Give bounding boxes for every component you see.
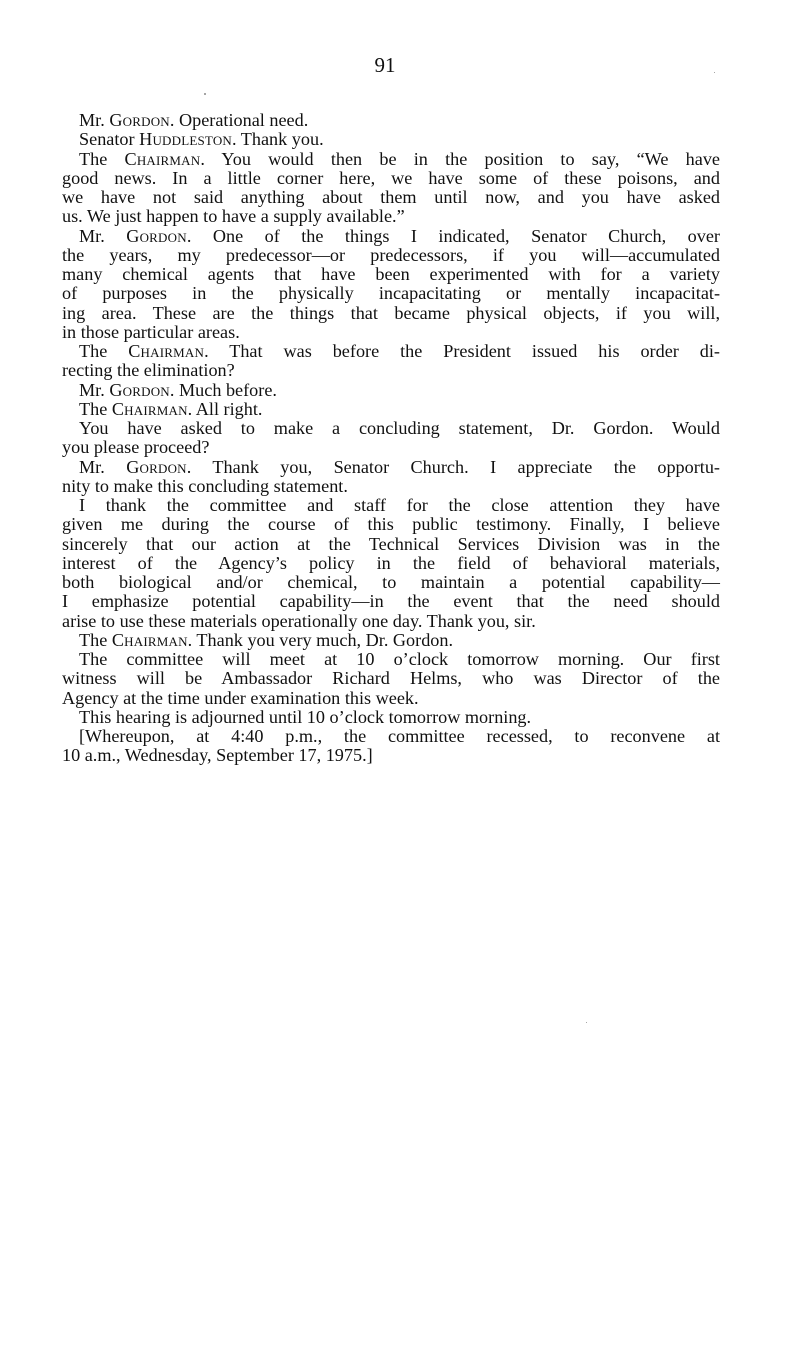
speaker-prefix: Mr. xyxy=(79,226,126,246)
speaker-prefix: Mr. xyxy=(79,110,109,130)
text-line: Mr. Gordon. Operational need. xyxy=(62,111,720,130)
speaker-name: Chairman xyxy=(112,399,188,419)
line-text: . Thank you, Senator Church. I appreciat… xyxy=(187,457,720,477)
paragraph-huddleston-thanks: Senator Huddleston. Thank you. xyxy=(62,130,720,149)
speaker-prefix: Senator xyxy=(79,129,139,149)
paragraph-chairman-thank-you: The Chairman. Thank you very much, Dr. G… xyxy=(62,631,720,650)
text-line: many chemical agents that have been expe… xyxy=(62,265,720,284)
paragraph-chairman-next-meeting: The committee will meet at 10 o’clock to… xyxy=(62,650,720,708)
paragraph-gordon-appreciate: Mr. Gordon. Thank you, Senator Church. I… xyxy=(62,458,720,497)
text-line: nity to make this concluding statement. xyxy=(62,477,720,496)
text-line: I emphasize potential capability—in the … xyxy=(62,592,720,611)
text-line: sincerely that our action at the Technic… xyxy=(62,535,720,554)
speaker-name: Huddleston xyxy=(139,129,232,149)
paragraph-chairman-president-order: The Chairman. That was before the Presid… xyxy=(62,342,720,381)
text-line: The Chairman. All right. xyxy=(62,400,720,419)
line-text: . That was before the President issued h… xyxy=(204,341,720,361)
text-line: ing area. These are the things that beca… xyxy=(62,304,720,323)
text-line: This hearing is adjourned until 10 o’clo… xyxy=(62,708,720,727)
paragraph-chairman-concluding-request: You have asked to make a concluding stat… xyxy=(62,419,720,458)
speaker-name: Chairman xyxy=(125,149,201,169)
text-line: recting the elimination? xyxy=(62,361,720,380)
text-line: You have asked to make a concluding stat… xyxy=(62,419,720,438)
speaker-prefix: The xyxy=(79,399,112,419)
paragraph-chairman-adjourned: This hearing is adjourned until 10 o’clo… xyxy=(62,708,720,727)
speaker-name: Gordon xyxy=(109,110,170,130)
speaker-prefix: The xyxy=(79,630,112,650)
speaker-prefix: Mr. xyxy=(79,457,126,477)
text-line: Mr. Gordon. One of the things I indicate… xyxy=(62,227,720,246)
paragraph-chairman-all-right: The Chairman. All right. xyxy=(62,400,720,419)
text-line: I thank the committee and staff for the … xyxy=(62,496,720,515)
text-line: [Whereupon, at 4:40 p.m., the committee … xyxy=(62,727,720,746)
text-line: interest of the Agency’s policy in the f… xyxy=(62,554,720,573)
speaker-name: Chairman xyxy=(112,630,188,650)
line-text: . All right. xyxy=(188,399,263,419)
text-line: you please proceed? xyxy=(62,438,720,457)
text-line: The committee will meet at 10 o’clock to… xyxy=(62,650,720,669)
paragraph-chairman-good-news: The Chairman. You would then be in the p… xyxy=(62,150,720,227)
text-line: The Chairman. That was before the Presid… xyxy=(62,342,720,361)
text-line: Senator Huddleston. Thank you. xyxy=(62,130,720,149)
line-text: . Thank you very much, Dr. Gordon. xyxy=(188,630,453,650)
speaker-prefix: The xyxy=(79,149,125,169)
line-text: . Operational need. xyxy=(170,110,308,130)
text-line: arise to use these materials operational… xyxy=(62,612,720,631)
page-number: 91 xyxy=(0,53,770,78)
text-line: given me during the course of this publi… xyxy=(62,515,720,534)
text-line: both biological and/or chemical, to main… xyxy=(62,573,720,592)
speaker-name: Chairman xyxy=(128,341,204,361)
paragraph-recess-note: [Whereupon, at 4:40 p.m., the committee … xyxy=(62,727,720,766)
line-text: . You would then be in the position to s… xyxy=(200,149,720,169)
speaker-prefix: The xyxy=(79,341,128,361)
speaker-name: Gordon xyxy=(126,226,187,246)
text-line: good news. In a little corner here, we h… xyxy=(62,169,720,188)
text-line: The Chairman. Thank you very much, Dr. G… xyxy=(62,631,720,650)
text-line: Agency at the time under examination thi… xyxy=(62,689,720,708)
speaker-name: Gordon xyxy=(126,457,187,477)
text-line: the years, my predecessor—or predecessor… xyxy=(62,246,720,265)
text-line: in those particular areas. xyxy=(62,323,720,342)
text-line: witness will be Ambassador Richard Helms… xyxy=(62,669,720,688)
text-line: The Chairman. You would then be in the p… xyxy=(62,150,720,169)
text-line: Mr. Gordon. Thank you, Senator Church. I… xyxy=(62,458,720,477)
paragraph-gordon-concluding-statement: I thank the committee and staff for the … xyxy=(62,496,720,631)
hearing-transcript: Mr. Gordon. Operational need. Senator Hu… xyxy=(62,111,720,766)
speaker-prefix: Mr. xyxy=(79,380,109,400)
scan-speck xyxy=(714,72,715,73)
line-text: . One of the things I indicated, Senator… xyxy=(187,226,720,246)
line-text: . Much before. xyxy=(170,380,277,400)
text-line: 10 a.m., Wednesday, September 17, 1975.] xyxy=(62,746,720,765)
paragraph-gordon-much-before: Mr. Gordon. Much before. xyxy=(62,381,720,400)
text-line: Mr. Gordon. Much before. xyxy=(62,381,720,400)
scan-speck xyxy=(586,1022,587,1023)
line-text: . Thank you. xyxy=(232,129,324,149)
paragraph-gordon-operational-need: Mr. Gordon. Operational need. xyxy=(62,111,720,130)
document-page: 91 Mr. Gordon. Operational need. Senator… xyxy=(0,0,812,1360)
scan-speck xyxy=(204,93,206,95)
speaker-name: Gordon xyxy=(109,380,170,400)
text-line: of purposes in the physically incapacita… xyxy=(62,284,720,303)
text-line: we have not said anything about them unt… xyxy=(62,188,720,207)
text-line: us. We just happen to have a supply avai… xyxy=(62,207,720,226)
paragraph-gordon-chemical-agents: Mr. Gordon. One of the things I indicate… xyxy=(62,227,720,343)
